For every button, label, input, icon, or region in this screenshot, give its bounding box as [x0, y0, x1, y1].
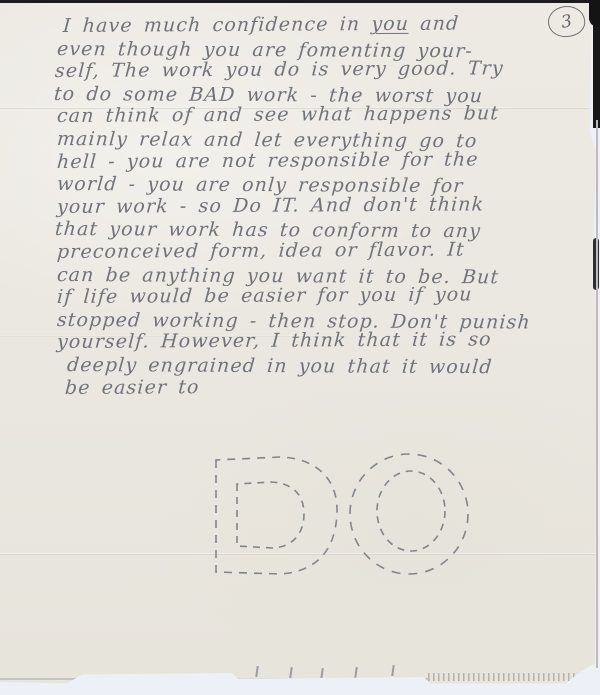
handwritten-line: I have much confidence in you and — [62, 12, 588, 38]
letter-text: I have much confidence in you and even t… — [57, 15, 587, 399]
handwritten-line: if life would be easier for you if you — [56, 283, 588, 309]
handwritten-line: be easier to — [64, 373, 588, 399]
torn-edge-tick — [391, 665, 394, 676]
do-dashed-letters — [185, 447, 485, 587]
underlined-word: you — [371, 13, 410, 35]
letter-o-outer — [350, 454, 468, 574]
handwritten-line: hell - you are not responsible for the — [56, 147, 588, 173]
torn-edge-hatch — [428, 673, 586, 681]
handwritten-line: preconceived form, idea or flavor. It — [56, 238, 588, 264]
letter-d-outer — [216, 457, 337, 574]
torn-edge-tick — [354, 667, 357, 678]
handwritten-line: can think of and see what happens but — [56, 102, 588, 128]
handwritten-line: yourself. However, I think that it is so — [56, 328, 588, 354]
scan-edge-top — [0, 0, 600, 3]
letter-d-inner — [237, 482, 304, 548]
scan-edge-corner — [589, 0, 600, 27]
handwritten-line: self, The work you do is very good. Try — [54, 57, 588, 83]
letter-paper: 3 I have much confidence in you and even… — [0, 2, 597, 684]
torn-edge-tick — [255, 666, 258, 677]
torn-edge-tick — [289, 667, 292, 678]
paper-right-edge — [596, 120, 598, 668]
letter-o-inner — [377, 471, 445, 551]
paper-bottom-edge — [0, 678, 430, 680]
scanned-letter-page: 3 I have much confidence in you and even… — [0, 0, 600, 695]
handwritten-line: your work - so Do IT. And don't think — [56, 193, 588, 219]
